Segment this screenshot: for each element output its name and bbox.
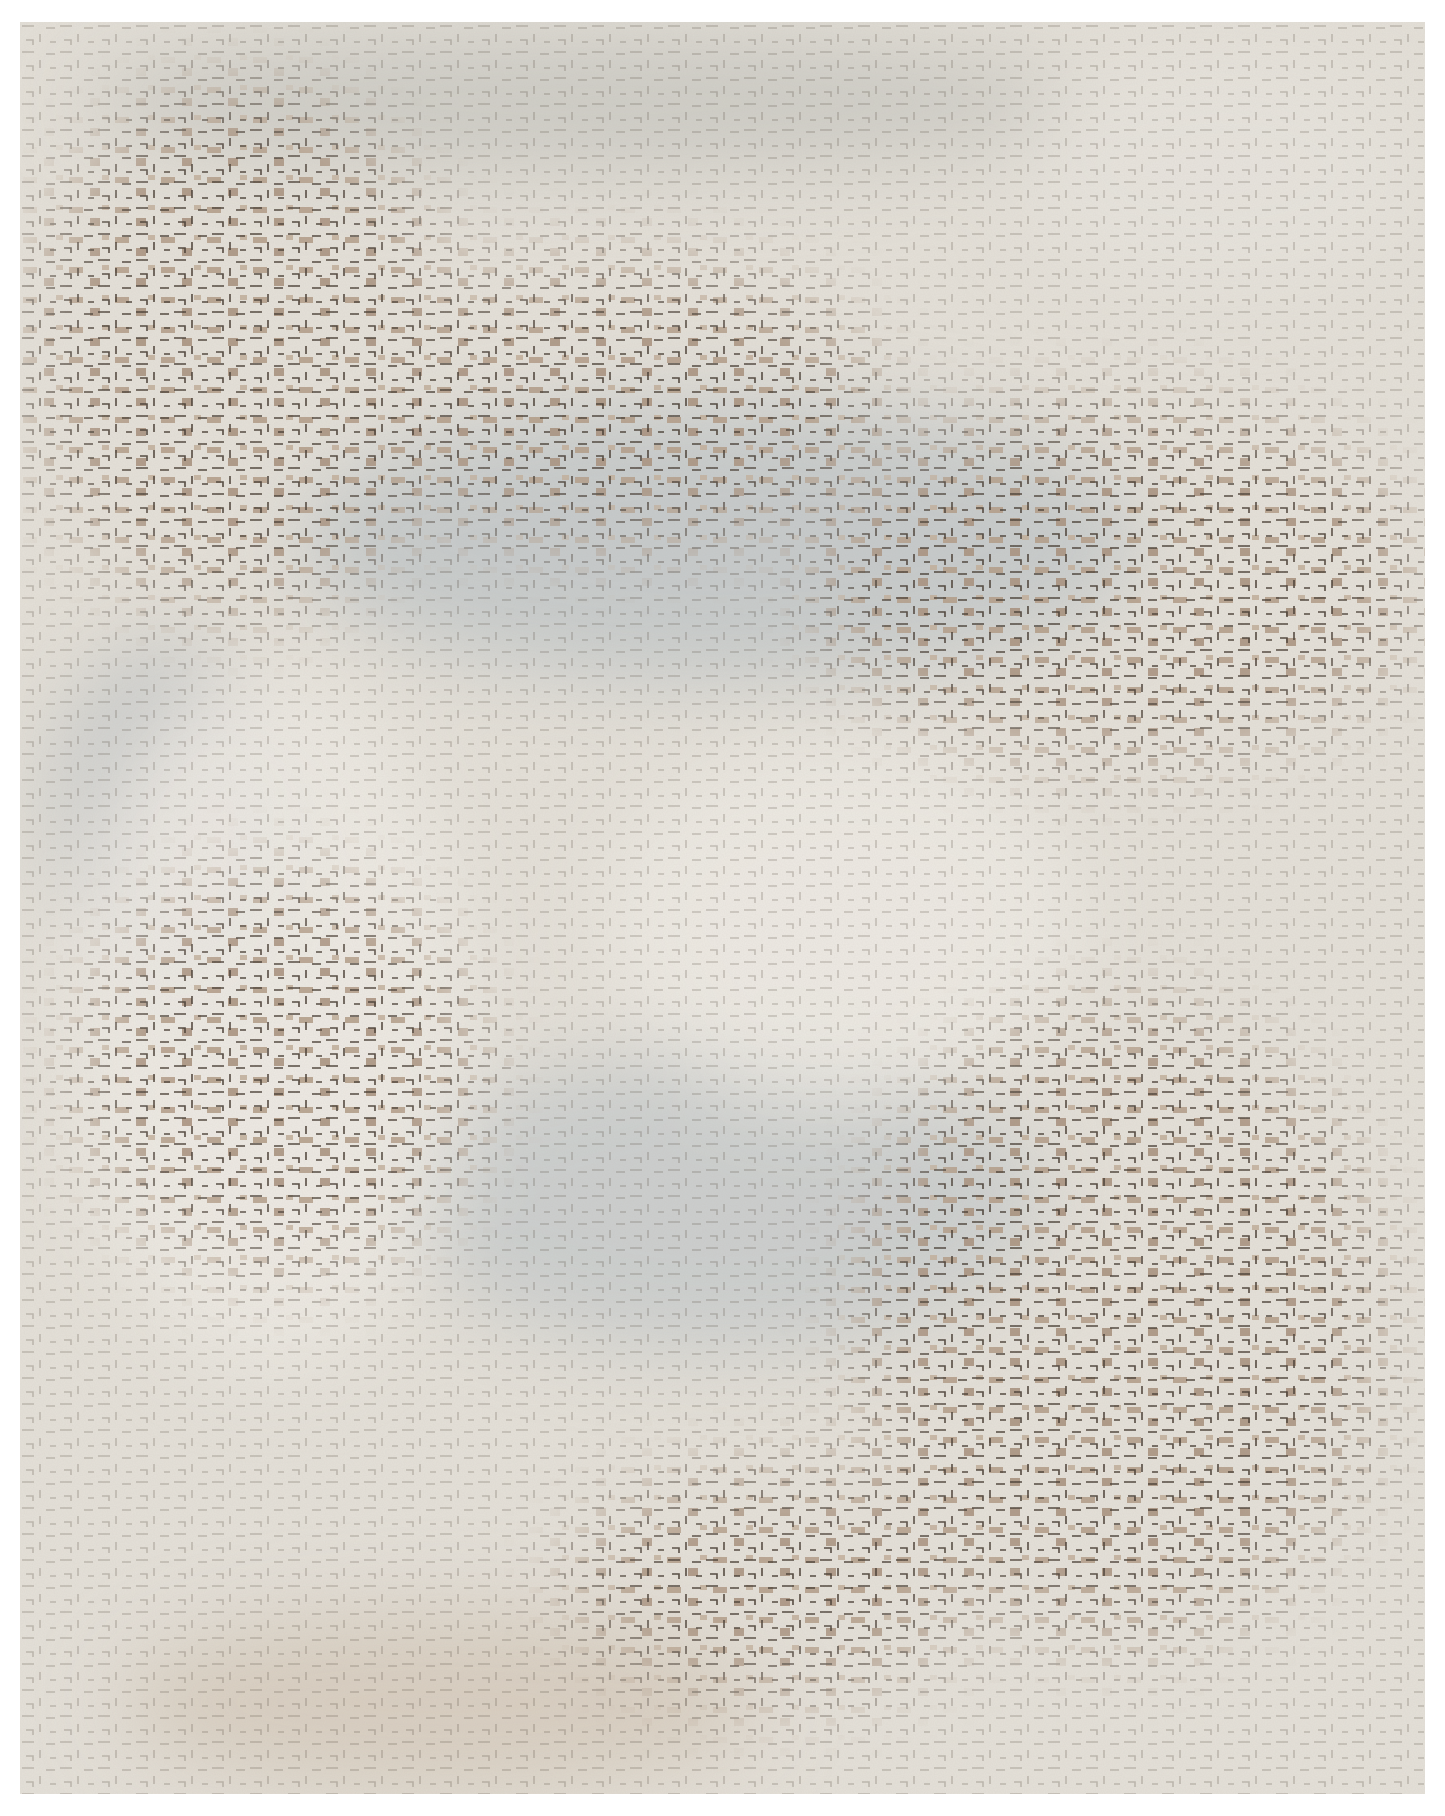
rug-image	[20, 22, 1425, 1794]
rug-texture	[20, 22, 1425, 1794]
